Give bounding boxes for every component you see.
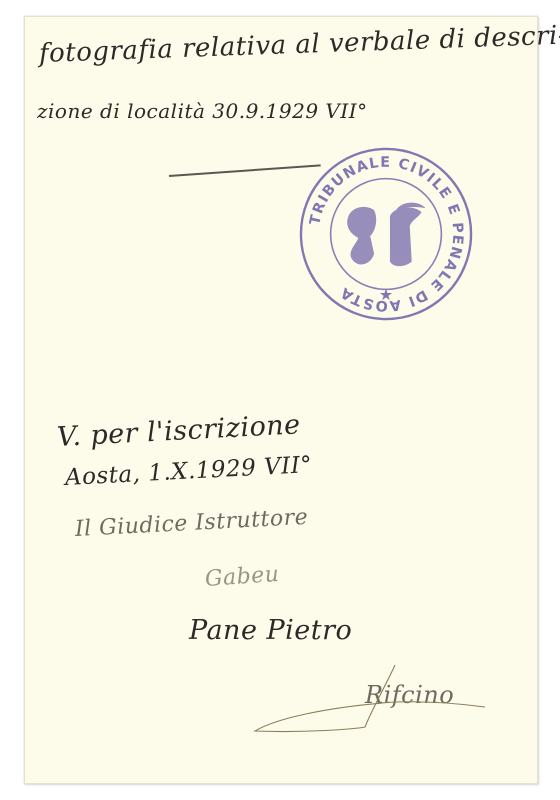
approval-line-2: Aosta, 1.X.1929 VII°	[64, 452, 313, 491]
header-line-1: fotografia relativa al verbale di descri…	[38, 21, 560, 69]
clerk-name: Pane Pietro	[189, 615, 352, 646]
signature-gabeu: Gabeu	[204, 562, 280, 592]
court-stamp: TRIBUNALE CIVILE E PENALE DI AOSTA ★	[297, 145, 475, 323]
coat-of-arms-icon	[347, 203, 425, 267]
approval-line-1: V. per l'iscrizione	[56, 409, 301, 453]
signature-flourish	[245, 657, 505, 737]
stamp-star-icon: ★	[379, 285, 393, 304]
document-card: fotografia relativa al verbale di descri…	[24, 16, 538, 784]
judge-title: Il Giudice Istruttore	[74, 505, 308, 542]
header-line-2: zione di località 30.9.1929 VII°	[37, 99, 368, 123]
